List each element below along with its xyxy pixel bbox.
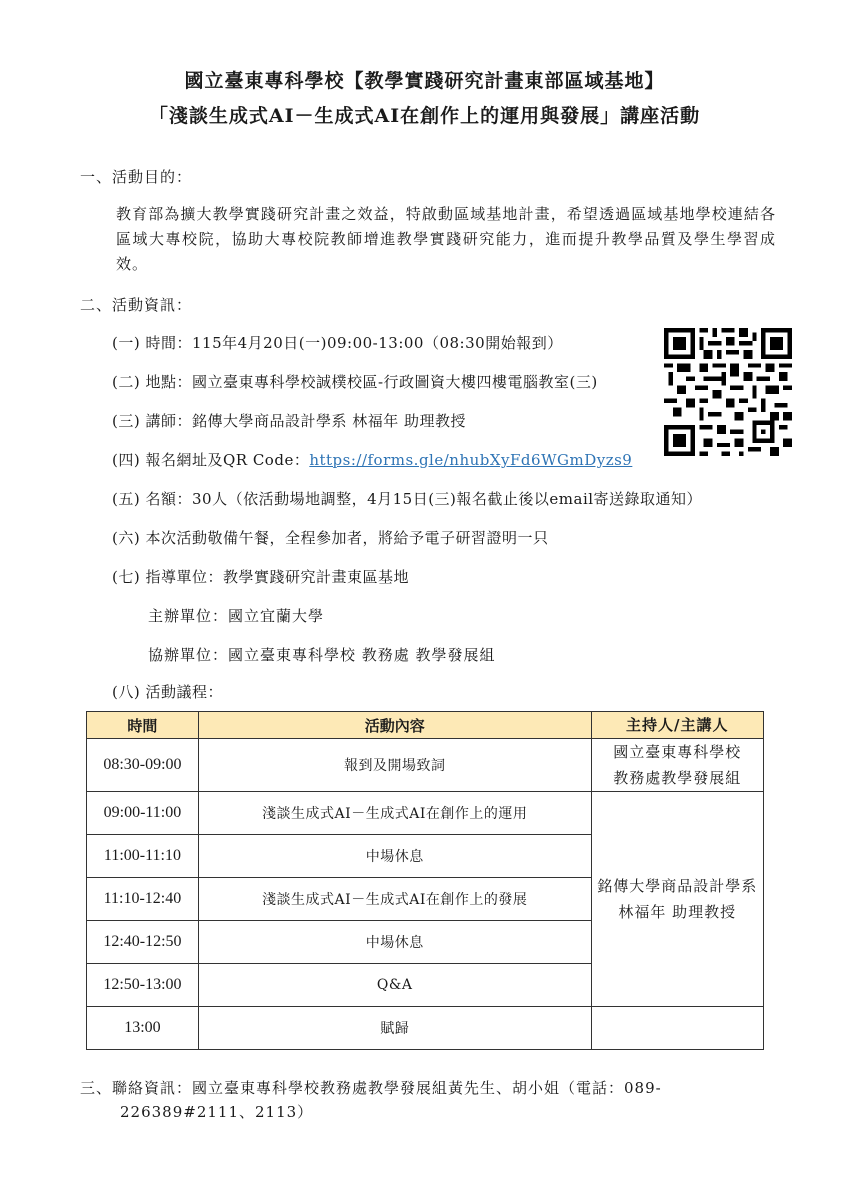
table-row: 13:00 賦歸 bbox=[87, 1007, 764, 1050]
cell-content: 淺談生成式AI－生成式AI在創作上的發展 bbox=[198, 878, 591, 921]
info-value: 銘傳大學商品設計學系 林福年 助理教授 bbox=[192, 412, 466, 430]
header-time: 時間 bbox=[87, 712, 199, 739]
cell-content: 淺談生成式AI－生成式AI在創作上的運用 bbox=[198, 792, 591, 835]
info-value: 30人（依活動場地調整，4月15日(三)報名截止後以email寄送錄取通知） bbox=[192, 490, 702, 508]
cell-time: 11:10-12:40 bbox=[87, 878, 199, 921]
section-purpose-body: 教育部為擴大教學實踐研究計畫之效益，特啟動區域基地計畫，希望透過區域基地學校連結… bbox=[116, 202, 776, 277]
info-label: (七) 指導單位： bbox=[112, 568, 223, 586]
agenda-header-row: 時間 活動內容 主持人/主講人 bbox=[87, 712, 764, 739]
info-label: (五) 名額： bbox=[112, 490, 192, 508]
cell-time: 08:30-09:00 bbox=[87, 739, 199, 792]
contact-line-2: 226389#2111、2113） bbox=[80, 1100, 770, 1124]
document-title-line-1: 國立臺東專科學校【教學實踐研究計畫東部區域基地】 bbox=[0, 66, 849, 93]
table-row: 08:30-09:00 報到及開場致詞 國立臺東專科學校 教務處教學發展組 bbox=[87, 739, 764, 792]
info-item-location: (二) 地點：國立臺東專科學校誠樸校區-行政圖資大樓四樓電腦教室(三) bbox=[112, 371, 598, 392]
info-label: (八) bbox=[112, 683, 145, 701]
header-host: 主持人/主講人 bbox=[591, 712, 763, 739]
cell-content: 報到及開場致詞 bbox=[198, 739, 591, 792]
info-value: 國立臺東專科學校誠樸校區-行政圖資大樓四樓電腦教室(三) bbox=[192, 373, 598, 391]
info-label: (一) 時間： bbox=[112, 334, 192, 352]
info-value: 教學實踐研究計畫東區基地 bbox=[223, 568, 409, 586]
cell-time: 12:40-12:50 bbox=[87, 921, 199, 964]
info-item-registration: (四) 報名網址及QR Code：https://forms.gle/nhubX… bbox=[112, 449, 632, 470]
table-row: 09:00-11:00 淺談生成式AI－生成式AI在創作上的運用 銘傳大學商品設… bbox=[87, 792, 764, 835]
cell-content: 中場休息 bbox=[198, 921, 591, 964]
info-item-lunch: (六) 本次活動敬備午餐，全程參加者，將給予電子研習證明一只 bbox=[112, 527, 549, 548]
cell-host: 國立臺東專科學校 教務處教學發展組 bbox=[591, 739, 763, 792]
info-label: (二) 地點： bbox=[112, 373, 192, 391]
info-item-supervisor: (七) 指導單位：教學實踐研究計畫東區基地 bbox=[112, 566, 409, 587]
speaker-line: 林福年 助理教授 bbox=[596, 899, 759, 925]
host-line: 國立臺東專科學校 bbox=[596, 739, 759, 765]
info-value: 本次活動敬備午餐，全程參加者，將給予電子研習證明一只 bbox=[145, 529, 548, 547]
info-item-quota: (五) 名額：30人（依活動場地調整，4月15日(三)報名截止後以email寄送… bbox=[112, 488, 702, 509]
header-content: 活動內容 bbox=[198, 712, 591, 739]
cell-host bbox=[591, 1007, 763, 1050]
info-value: 活動議程： bbox=[145, 683, 223, 701]
contact-line-1: 三、聯絡資訊：國立臺東專科學校教務處教學發展組黃先生、胡小姐（電話：089- bbox=[80, 1079, 662, 1097]
info-item-time: (一) 時間：115年4月20日(一)09:00-13:00（08:30開始報到… bbox=[112, 332, 563, 353]
cell-time: 11:00-11:10 bbox=[87, 835, 199, 878]
document-title-line-2: 「淺談生成式AI－生成式AI在創作上的運用與發展」講座活動 bbox=[0, 101, 849, 128]
qr-code-icon[interactable] bbox=[664, 328, 792, 456]
speaker-line: 銘傳大學商品設計學系 bbox=[596, 873, 759, 899]
cell-time: 13:00 bbox=[87, 1007, 199, 1050]
section-info-heading: 二、活動資訊： bbox=[80, 294, 192, 315]
cell-content: 賦歸 bbox=[198, 1007, 591, 1050]
info-value: 115年4月20日(一)09:00-13:00（08:30開始報到） bbox=[192, 334, 563, 352]
info-co-organizer: 協辦單位：國立臺東專科學校 教務處 教學發展組 bbox=[148, 644, 496, 665]
agenda-table: 時間 活動內容 主持人/主講人 08:30-09:00 報到及開場致詞 國立臺東… bbox=[86, 711, 764, 1050]
section-purpose-heading: 一、活動目的： bbox=[80, 166, 192, 187]
info-label: (六) bbox=[112, 529, 145, 547]
host-line: 教務處教學發展組 bbox=[596, 765, 759, 791]
info-item-speaker: (三) 講師：銘傳大學商品設計學系 林福年 助理教授 bbox=[112, 410, 466, 431]
registration-link[interactable]: https://forms.gle/nhubXyFd6WGmDyzs9 bbox=[309, 451, 632, 469]
cell-content: Q&A bbox=[198, 964, 591, 1007]
info-organizer: 主辦單位：國立宜蘭大學 bbox=[148, 605, 324, 626]
cell-content: 中場休息 bbox=[198, 835, 591, 878]
cell-time: 09:00-11:00 bbox=[87, 792, 199, 835]
info-label: (三) 講師： bbox=[112, 412, 192, 430]
cell-speaker: 銘傳大學商品設計學系 林福年 助理教授 bbox=[591, 792, 763, 1007]
section-contact: 三、聯絡資訊：國立臺東專科學校教務處教學發展組黃先生、胡小姐（電話：089- 2… bbox=[80, 1076, 770, 1124]
info-label: (四) 報名網址及QR Code： bbox=[112, 451, 309, 469]
cell-time: 12:50-13:00 bbox=[87, 964, 199, 1007]
info-item-agenda: (八) 活動議程： bbox=[112, 681, 223, 702]
